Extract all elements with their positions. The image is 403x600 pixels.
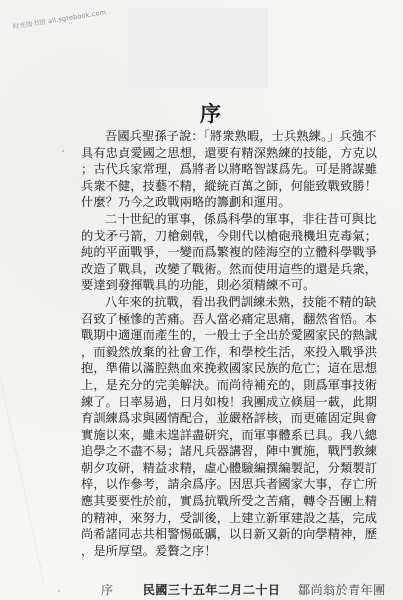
paragraph-3-line-15: 尚希諸同志共相警惕砥礪，以日新又新的向學精神，歷盡遍勤	[81, 526, 377, 543]
paragraph-3-line-3: 戰期中適運而產生的，一般士子全出於愛國家民的熱誠所驅使	[81, 327, 377, 344]
paragraph-2-line-1: 二十世紀的軍事，係爲科學的軍事，非往昔可與比。古代	[81, 211, 377, 228]
paragraph-3-line-14: 的精神，來努力，受訓後，上建立新軍建設之基，完成職志；	[81, 510, 377, 527]
signature-date: 民國三十五年二月二十日	[143, 583, 281, 597]
paragraph-1-line-1: 吾國兵聖孫子說：「將衆熟暇，士兵熟練。」兵強不僅要	[81, 128, 377, 145]
signature-author: 鄒尚翁於青年團	[298, 583, 386, 597]
paragraph-3-line-6: 上，是充分的完美解決。而尚待補充的，則爲軍事技術上的訓	[81, 377, 377, 394]
paragraph-3-line-1: 八年來的抗戰，看出我們訓練未熟，技能不精的缺點，而	[81, 294, 377, 311]
paragraph-3-line-7: 練了。日率易過，日月如梭！我團成立倏屆一載，此期中，教	[81, 394, 377, 411]
paragraph-3-line-2: 召致了極慘的苦痛。吾人當必痛定思痛，翻然省悟。本團是抗	[81, 311, 377, 328]
paragraph-3-line-9: 實施以來，雖未遑詳盡研究，而軍事體系已具。我八總團諸官	[81, 427, 377, 444]
paragraph-3-line-12: 梓，以作參考，請余爲序。因思兵者國家大事，存亡所繫，端	[81, 476, 377, 493]
paragraph-1-line-2: 具有忠貞愛國之思想，還要有精深熟練的技能，方克以之言戰	[81, 145, 377, 162]
paragraph-3-line-8: 育訓練爲求與國情配合，並嚴格評核，而更確固定與會教育，	[81, 410, 377, 427]
signature-marker: 序	[101, 581, 139, 598]
scan-speck	[62, 150, 64, 152]
paragraph-3-line-10: 追學之不盡不易；諸凡兵器講習，陣中實施，戰鬥教練，莫不	[81, 443, 377, 460]
paragraph-1-line-4: 兵衆不健，技藝不精，縱統百萬之師，何能致戰致勝！謀謀是	[81, 178, 377, 195]
watermark: 时光图书馆 all.sgtebook.com	[12, 7, 107, 31]
paragraph-1-line-5: 什麼？乃今之政戰兩略的籌劃和運用。	[81, 194, 377, 211]
paragraph-3-line-5: 抱，準備以滿腔熱血來挽救國家民族的危亡；這在思想與實質	[81, 360, 377, 377]
redaction-box	[128, 8, 268, 88]
signature-line: 序 民國三十五年二月二十日 鄒尚翁於青年團	[101, 581, 386, 598]
paragraph-3-line-4: ，而毅然放棄的社會工作，和學校生活，來投入戰爭洪爐的懷	[81, 344, 377, 361]
paragraph-1-line-3: ；古代兵家常理，爲將者以將略智謀爲先。可是將謀雖強，而	[81, 161, 377, 178]
paragraph-2-line-5: 要達到發揮戰具的功能，則必須精練不可。	[81, 277, 377, 294]
paragraph-2-line-3: 純的平面戰爭，一變而爲繁複的陸海空的立體科學戰爭。科學	[81, 244, 377, 261]
paragraph-3-line-11: 朝夕攻研，精益求精，虛心體驗編撰編製記，分類製訂，引用付	[81, 460, 377, 477]
scanned-page: 时光图书馆 all.sgtebook.com 序 吾國兵聖孫子說：「將衆熟暇，士…	[0, 0, 403, 600]
paragraph-2-line-4: 改造了戰具，改變了戰術。然而使用這些的還是兵衆，而兵衆	[81, 261, 377, 278]
page-title: 序	[200, 98, 222, 128]
paragraph-3-line-13: 應其要要性於前，實爲抗戰所受之苦痛，轉令吾團上精進精神	[81, 493, 377, 510]
preface-body: 吾國兵聖孫子說：「將衆熟暇，士兵熟練。」兵強不僅要 具有忠貞愛國之思想，還要有精…	[81, 128, 377, 559]
scan-speck	[58, 590, 60, 592]
paragraph-2-line-2: 的戈矛弓箭，刀槍劍戟，今則代以槍砲飛機坦克毒氣；由單	[81, 228, 377, 245]
paragraph-3-line-16: ，是所厚望。爰贅之序！	[81, 543, 377, 560]
